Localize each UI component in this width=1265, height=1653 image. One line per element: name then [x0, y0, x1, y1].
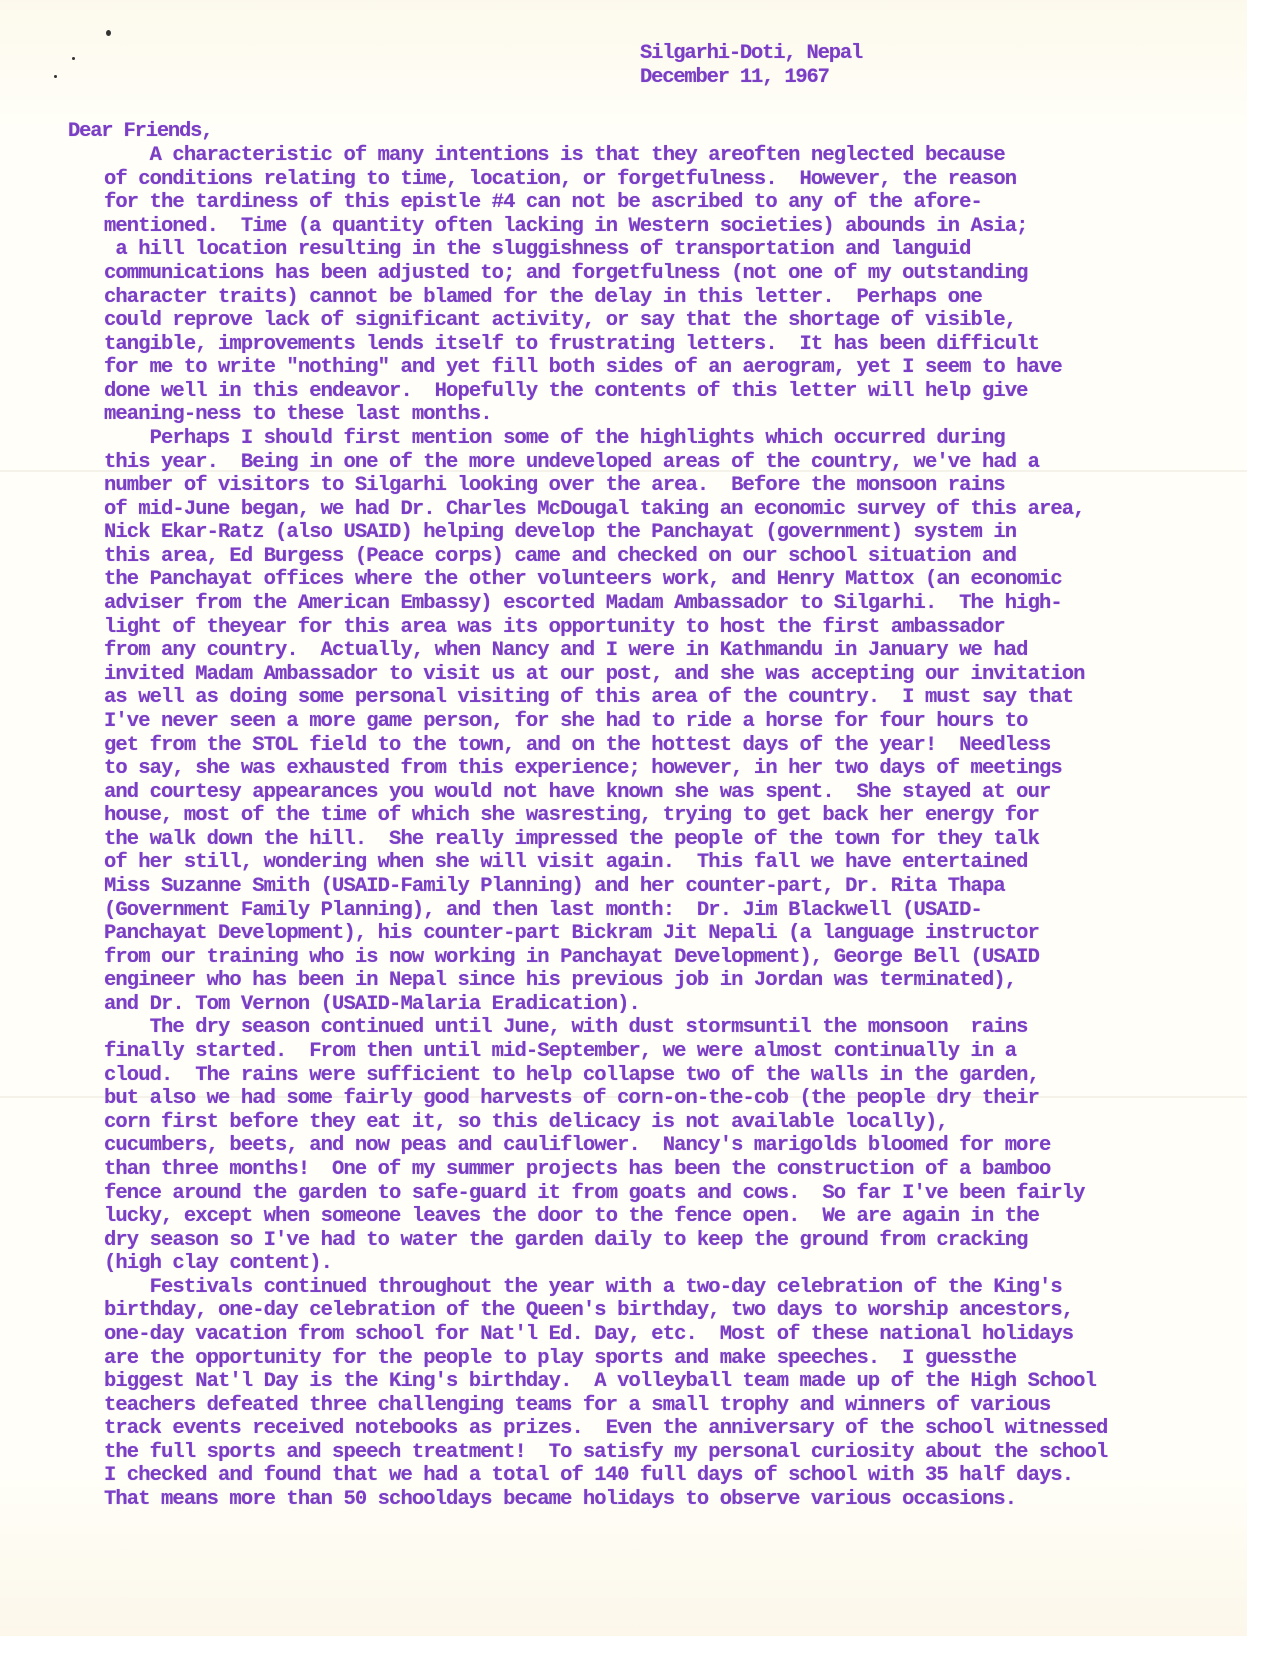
body-text-line: lucky, except when someone leaves the do…	[104, 1205, 1039, 1229]
body-text-line: track events received notebooks as prize…	[104, 1417, 1107, 1441]
body-text-line: and courtesy appearances you would not h…	[104, 781, 1050, 805]
body-text-line: Festivals continued throughout the year …	[104, 1276, 1062, 1300]
body-text-line: this area, Ed Burgess (Peace corps) came…	[104, 545, 1016, 569]
body-text-line: cucumbers, beets, and now peas and cauli…	[104, 1134, 1050, 1158]
body-text-line: could reprove lack of significant activi…	[104, 309, 1016, 333]
body-text-line: of her still, wondering when she will vi…	[104, 851, 1028, 875]
body-text-line: one-day vacation from school for Nat'l E…	[104, 1323, 1073, 1347]
body-text-line: tangible, improvements lends itself to f…	[104, 333, 1039, 357]
body-text-line: of conditions relating to time, location…	[104, 168, 1016, 192]
body-text-line: engineer who has been in Nepal since his…	[104, 969, 1016, 993]
body-text-line: (Government Family Planning), and then l…	[104, 899, 982, 923]
body-text-line: meaning-ness to these last months.	[104, 403, 492, 427]
body-text-line: the full sports and speech treatment! To…	[104, 1441, 1107, 1465]
body-text-line: adviser from the American Embassy) escor…	[104, 592, 1062, 616]
body-text-line: to say, she was exhausted from this expe…	[104, 757, 1062, 781]
body-text-line: I checked and found that we had a total …	[104, 1464, 1073, 1488]
body-text-line: house, most of the time of which she was…	[104, 804, 1039, 828]
body-text-line: done well in this endeavor. Hopefully th…	[104, 380, 1028, 404]
ink-speck	[106, 30, 111, 36]
body-text-line: than three months! One of my summer proj…	[104, 1158, 1050, 1182]
body-text-line: of mid-June began, we had Dr. Charles Mc…	[104, 498, 1085, 522]
body-text-line: A characteristic of many intentions is t…	[104, 144, 1005, 168]
body-text-line: I've never seen a more game person, for …	[104, 710, 1028, 734]
body-text-line: but also we had some fairly good harvest…	[104, 1087, 1039, 1111]
body-text-line: birthday, one-day celebration of the Que…	[104, 1299, 1073, 1323]
body-text-line: (high clay content).	[104, 1252, 332, 1276]
body-text-line: finally started. From then until mid-Sep…	[104, 1040, 1016, 1064]
body-text-line: corn first before they eat it, so this d…	[104, 1111, 948, 1135]
body-text-line: Miss Suzanne Smith (USAID-Family Plannin…	[104, 875, 1005, 899]
body-text-line: this year. Being in one of the more unde…	[104, 451, 1039, 475]
body-text-line: fence around the garden to safe-guard it…	[104, 1182, 1085, 1206]
body-text-line: invited Madam Ambassador to visit us at …	[104, 663, 1085, 687]
body-text-line: from any country. Actually, when Nancy a…	[104, 639, 1028, 663]
letter-location: Silgarhi-Doti, Nepal	[640, 42, 862, 66]
body-text-line: Perhaps I should first mention some of t…	[104, 427, 1005, 451]
body-text-line: get from the STOL field to the town, and…	[104, 734, 1050, 758]
salutation: Dear Friends,	[68, 120, 212, 144]
body-text-line: the Panchayat offices where the other vo…	[104, 568, 1062, 592]
letter-date: December 11, 1967	[640, 66, 829, 90]
body-text-line: for me to write "nothing" and yet fill b…	[104, 356, 1062, 380]
ink-speck	[72, 57, 75, 60]
body-text-line: mentioned. Time (a quantity often lackin…	[104, 215, 1028, 239]
body-text-line: the walk down the hill. She really impre…	[104, 828, 1039, 852]
letter-page: Silgarhi-Doti, Nepal December 11, 1967 D…	[0, 0, 1247, 1636]
body-text-line: Panchayat Development), his counter-part…	[104, 922, 1039, 946]
body-text-line: and Dr. Tom Vernon (USAID-Malaria Eradic…	[104, 993, 640, 1017]
body-text-line: Nick Ekar-Ratz (also USAID) helping deve…	[104, 521, 1016, 545]
body-text-line: a hill location resulting in the sluggis…	[104, 238, 971, 262]
body-text-line: character traits) cannot be blamed for t…	[104, 286, 982, 310]
ink-speck	[54, 75, 57, 78]
body-text-line: number of visitors to Silgarhi looking o…	[104, 474, 1005, 498]
body-text-line: communications has been adjusted to; and…	[104, 262, 1028, 286]
body-text-line: as well as doing some personal visiting …	[104, 686, 1073, 710]
body-text-line: light of theyear for this area was its o…	[104, 616, 1005, 640]
body-text-line: That means more than 50 schooldays becam…	[104, 1488, 1016, 1512]
body-text-line: biggest Nat'l Day is the King's birthday…	[104, 1370, 1096, 1394]
body-text-line: dry season so I've had to water the gard…	[104, 1229, 1028, 1253]
body-text-line: The dry season continued until June, wit…	[104, 1016, 1028, 1040]
body-text-line: teachers defeated three challenging team…	[104, 1394, 1050, 1418]
body-text-line: are the opportunity for the people to pl…	[104, 1347, 1016, 1371]
body-text-line: cloud. The rains were sufficient to help…	[104, 1064, 1039, 1088]
body-text-line: from our training who is now working in …	[104, 946, 1039, 970]
body-text-line: for the tardiness of this epistle #4 can…	[104, 191, 982, 215]
